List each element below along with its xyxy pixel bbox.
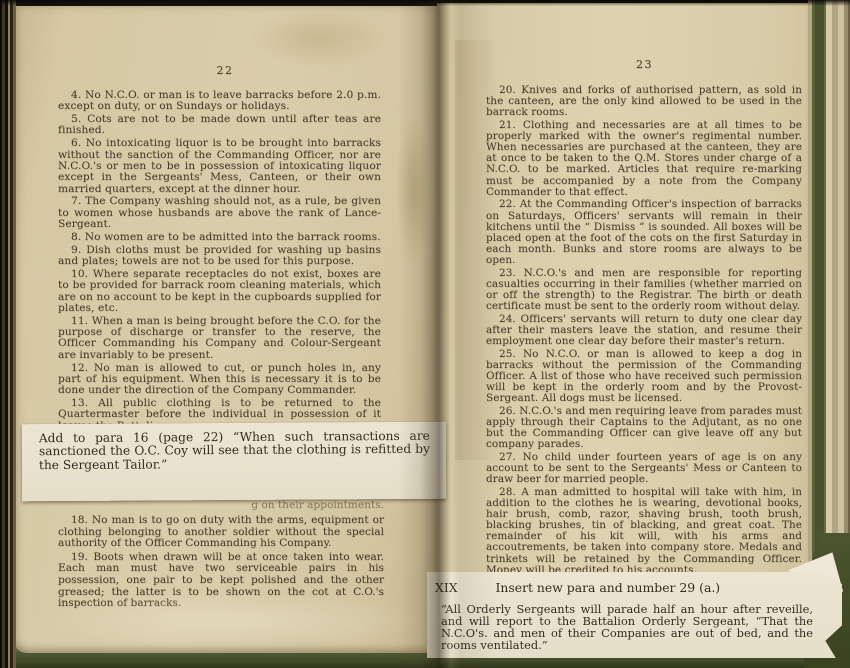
right-page: 23 20. Knives and forks of authorised pa… bbox=[437, 3, 812, 657]
left-page-lower-text: g on their appointments. 18. No man is t… bbox=[58, 500, 384, 612]
paragraph-19: 19. Boots when drawn will be at once tak… bbox=[58, 552, 384, 610]
paragraph-8: 8. No women are to be admitted into the … bbox=[58, 232, 381, 243]
paragraph-26: 26. N.C.O.'s and men requiring leave fro… bbox=[486, 406, 802, 451]
paragraph-22: 22. At the Commanding Officer's inspecti… bbox=[486, 199, 802, 266]
paragraph-27: 27. No child under fourteen years of age… bbox=[486, 452, 802, 485]
paragraph-9: 9. Dish cloths must be provided for wash… bbox=[58, 245, 381, 268]
paragraph-11: 11. When a man is being brought before t… bbox=[58, 316, 381, 361]
paragraph-12: 12. No man is allowed to cut, or punch h… bbox=[58, 363, 381, 397]
amendment-slip-left: Add to para 16 (page 22) “When such tran… bbox=[22, 422, 446, 502]
left-page-text: 4. No N.C.O. or man is to leave barracks… bbox=[58, 90, 381, 458]
amendment-slip-right: XIX Insert new para and number 29 (a.) “… bbox=[427, 572, 842, 658]
right-page-text: 20. Knives and forks of authorised patte… bbox=[486, 85, 802, 625]
obscured-line: g on their appointments. bbox=[58, 500, 384, 512]
paragraph-20: 20. Knives and forks of authorised patte… bbox=[486, 85, 802, 118]
amendment-ref-number: XIX bbox=[435, 580, 458, 595]
left-page: 22 4. No N.C.O. or man is to leave barra… bbox=[13, 6, 437, 653]
paragraph-18: 18. No man is to go on duty with the arm… bbox=[58, 515, 384, 550]
paragraph-5: 5. Cots are not to be made down until af… bbox=[58, 114, 381, 137]
paragraph-21: 21. Clothing and necessaries are at all … bbox=[486, 120, 802, 198]
paragraph-24: 24. Officers' servants will return to du… bbox=[486, 314, 802, 347]
amendment-slip-right-heading: XIX Insert new para and number 29 (a.) bbox=[435, 580, 842, 595]
page-number-left: 22 bbox=[13, 64, 437, 77]
paragraph-6: 6. No intoxicating liquor is to be broug… bbox=[58, 138, 381, 194]
amendment-quote: “All Orderly Sergeants will parade half … bbox=[441, 603, 813, 651]
page-number-right: 23 bbox=[457, 58, 832, 71]
paragraph-10: 10. Where separate receptacles do not ex… bbox=[58, 269, 381, 314]
amendment-slip-left-text: Add to para 16 (page 22) “When such tran… bbox=[39, 430, 430, 473]
paragraph-4: 4. No N.C.O. or man is to leave barracks… bbox=[58, 90, 381, 113]
amendment-instruction: Insert new para and number 29 (a.) bbox=[496, 580, 721, 595]
paragraph-23: 23. N.C.O.'s and men are responsible for… bbox=[486, 268, 802, 313]
book-top-edge bbox=[0, 0, 850, 6]
scanned-book-spread: 22 4. No N.C.O. or man is to leave barra… bbox=[0, 0, 850, 668]
paragraph-28: 28. A man admitted to hospital will take… bbox=[486, 487, 802, 576]
book-binding-edge bbox=[0, 0, 16, 668]
paragraph-25: 25. No N.C.O. or man is allowed to keep … bbox=[486, 349, 802, 405]
paragraph-7: 7. The Company washing should not, as a … bbox=[58, 196, 381, 230]
